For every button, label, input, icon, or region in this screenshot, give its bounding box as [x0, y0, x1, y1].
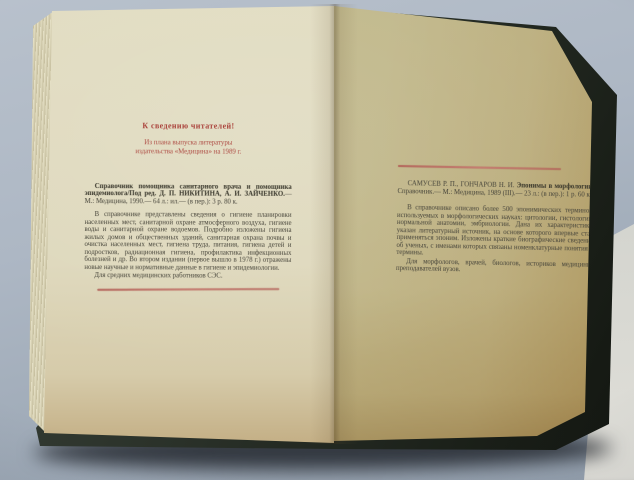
- notice-source-line-2: издательства «Медицина» на 1989 г.: [85, 148, 292, 158]
- left-annotation: В справочнике представлены сведения о ги…: [84, 211, 291, 272]
- right-bibliography-entry: САМУСЕВ Р. П., ГОНЧАРОВ Н. И. Эпонимы в …: [397, 180, 594, 199]
- red-divider-rule-left: [97, 288, 279, 291]
- left-bib-title: Справочник помощника санитарного врача и…: [85, 183, 292, 198]
- left-bibliography-entry: Справочник помощника санитарного врача и…: [85, 183, 292, 206]
- right-annotation: В справочнике описано более 500 эпонимич…: [396, 204, 594, 260]
- left-audience-note: Для средних медицинских работников СЭС.: [84, 272, 291, 280]
- red-divider-rule-right: [398, 165, 561, 170]
- open-book-photo: К сведению читателей! Из плана выпуска л…: [0, 0, 634, 480]
- right-audience-note: Для морфологов, врачей, биологов, истори…: [396, 257, 593, 276]
- left-page-text: К сведению читателей! Из плана выпуска л…: [84, 121, 292, 290]
- book-gutter-shadow: [310, 4, 358, 444]
- notice-heading: К сведению читателей!: [85, 121, 292, 131]
- right-page-text: САМУСЕВ Р. П., ГОНЧАРОВ Н. И. Эпонимы в …: [396, 165, 595, 276]
